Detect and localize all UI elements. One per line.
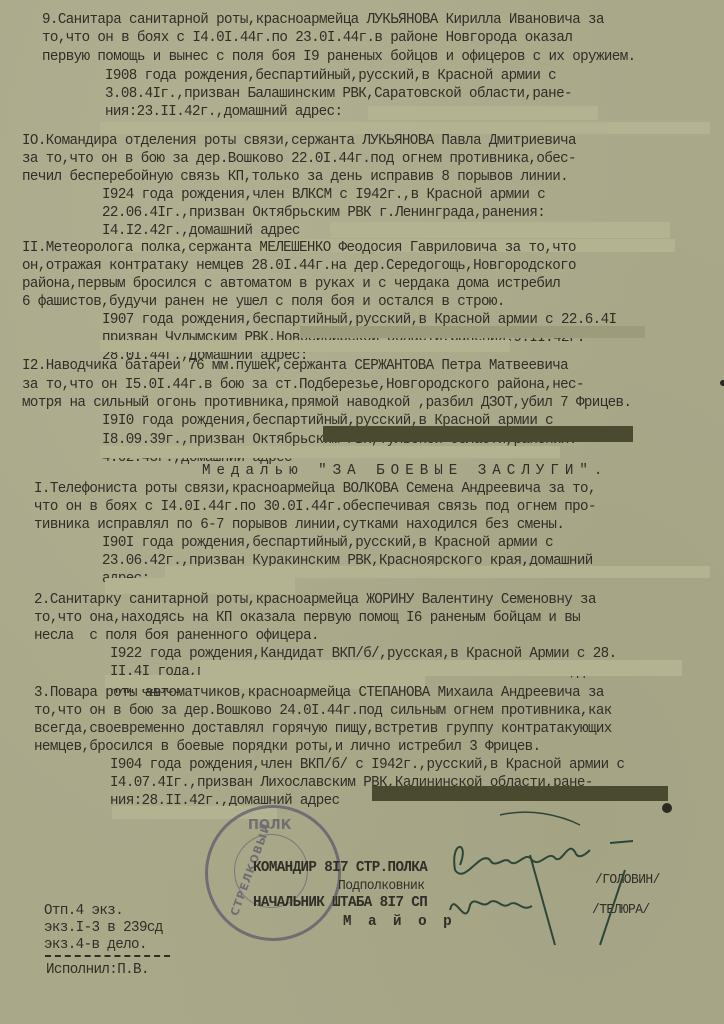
entry-line: немцев,бросился в боевые порядки роты,и … [34,739,541,756]
footer-line: Отп.4 экз. [44,903,123,920]
entry-line: мотря на сильный огонь противника,прямой… [22,395,631,412]
medal-heading: Медалью "ЗА БОЕВЫЕ ЗАСЛУГИ". [202,463,608,480]
entry-line: района,первым бросился с автоматом в рук… [22,276,560,293]
redaction-block [300,326,645,338]
entry-line: II.Метеоролога полка,сержанта МЕЛЕШЕНКО … [22,240,576,257]
redaction-block [165,566,710,578]
redaction-block [200,660,682,676]
entry-line: первую помощь и вынес с поля боя I9 ране… [42,49,636,66]
footer-divider [45,955,170,957]
entry-line: 2.Санитарку санитарной роты,красноармейц… [34,592,596,609]
redaction-block [323,426,633,442]
executor-line: Исполнил:П.В. [46,962,149,979]
award-document-page: 9.Санитара санитарной роты,красноармейца… [0,0,724,1024]
footer-line: экз.4-в дело. [44,937,147,954]
entry-line: печил бесперебойную связь КП,только за д… [22,169,568,186]
commander-title: КОМАНДИР 8I7 СТР.ПОЛКА [253,860,427,877]
entry-line: несла с поля боя раненного офицера. [34,628,319,645]
commander-rank: Подполковник [338,878,424,895]
redaction-block [372,786,668,801]
entry-line: IO.Командира отделения роты связи,сержан… [22,133,576,150]
entry-line: 3.Повара роты автоматчиков,красноармейца… [34,685,604,702]
entry-line: I2.Наводчика батареи 76 мм.пушек,сержант… [22,358,568,375]
entry-line: тивника исправлял по 6-7 порывов линии,с… [34,517,564,534]
entry-line: он,отражая контратаку немцев 28.0I.44г.н… [22,258,576,275]
redaction-block [100,446,560,458]
entry-line: ния:23.II.42г.,домашний адрес: [105,104,342,121]
ink-spot [662,803,672,813]
chief-of-staff-rank: М а й о р [343,914,456,931]
chief-of-staff-title: НАЧАЛЬНИК ШТАБА 8I7 СП [253,895,427,912]
entry-line: I.Телефониста роты связи,красноармейца В… [34,481,596,498]
entry-line: за то,что он I5.0I.44г.в бою за ст.Подбе… [22,377,584,394]
ink-spot [720,380,724,386]
entry-line: I908 года рождения,беспартийный,русский,… [105,68,556,85]
entry-line: то,что она,находясь на КП оказала первую… [34,610,580,627]
footer-line: экз.I-3 в 239сд [44,920,163,937]
entry-line: I904 года рождения,член ВКП/б/ с I942г.,… [110,757,624,774]
redaction-block [368,106,598,120]
entry-line: за то,что он в бою за дер.Вошково 22.0I.… [22,151,576,168]
entry-line: 6 фашистов,будучи ранен не ушел с поля б… [22,294,505,311]
redaction-block [100,340,510,352]
entry-line: I90I года рождения,беспартийный,русский,… [102,535,553,552]
handwritten-signature-icon [440,810,640,950]
entry-line: 22.06.4Iг.,призван Октябрьским РВК г.Лен… [102,205,545,222]
entry-line: то,что он в бою за дер.Вошково 24.0I.44г… [34,703,612,720]
redaction-block [330,222,670,238]
entry-line: то,что он в боях с I4.0I.44г.по 23.0I.44… [42,30,572,47]
entry-line: всегда,своевременно доставлял горячую пи… [34,721,612,738]
entry-line: что он в боях с I4.0I.44г.по 30.0I.44г.о… [34,499,596,516]
entry-line: I924 года рождения,член ВЛКСМ с I942г.,в… [102,187,545,204]
entry-line: I4.I2.42г.,домашний адрес [102,223,300,240]
entry-line: 9.Санитара санитарной роты,красноармейца… [42,12,604,29]
entry-line: 3.08.4Iг.,призван Балашинским РВК,Сарато… [105,86,572,103]
